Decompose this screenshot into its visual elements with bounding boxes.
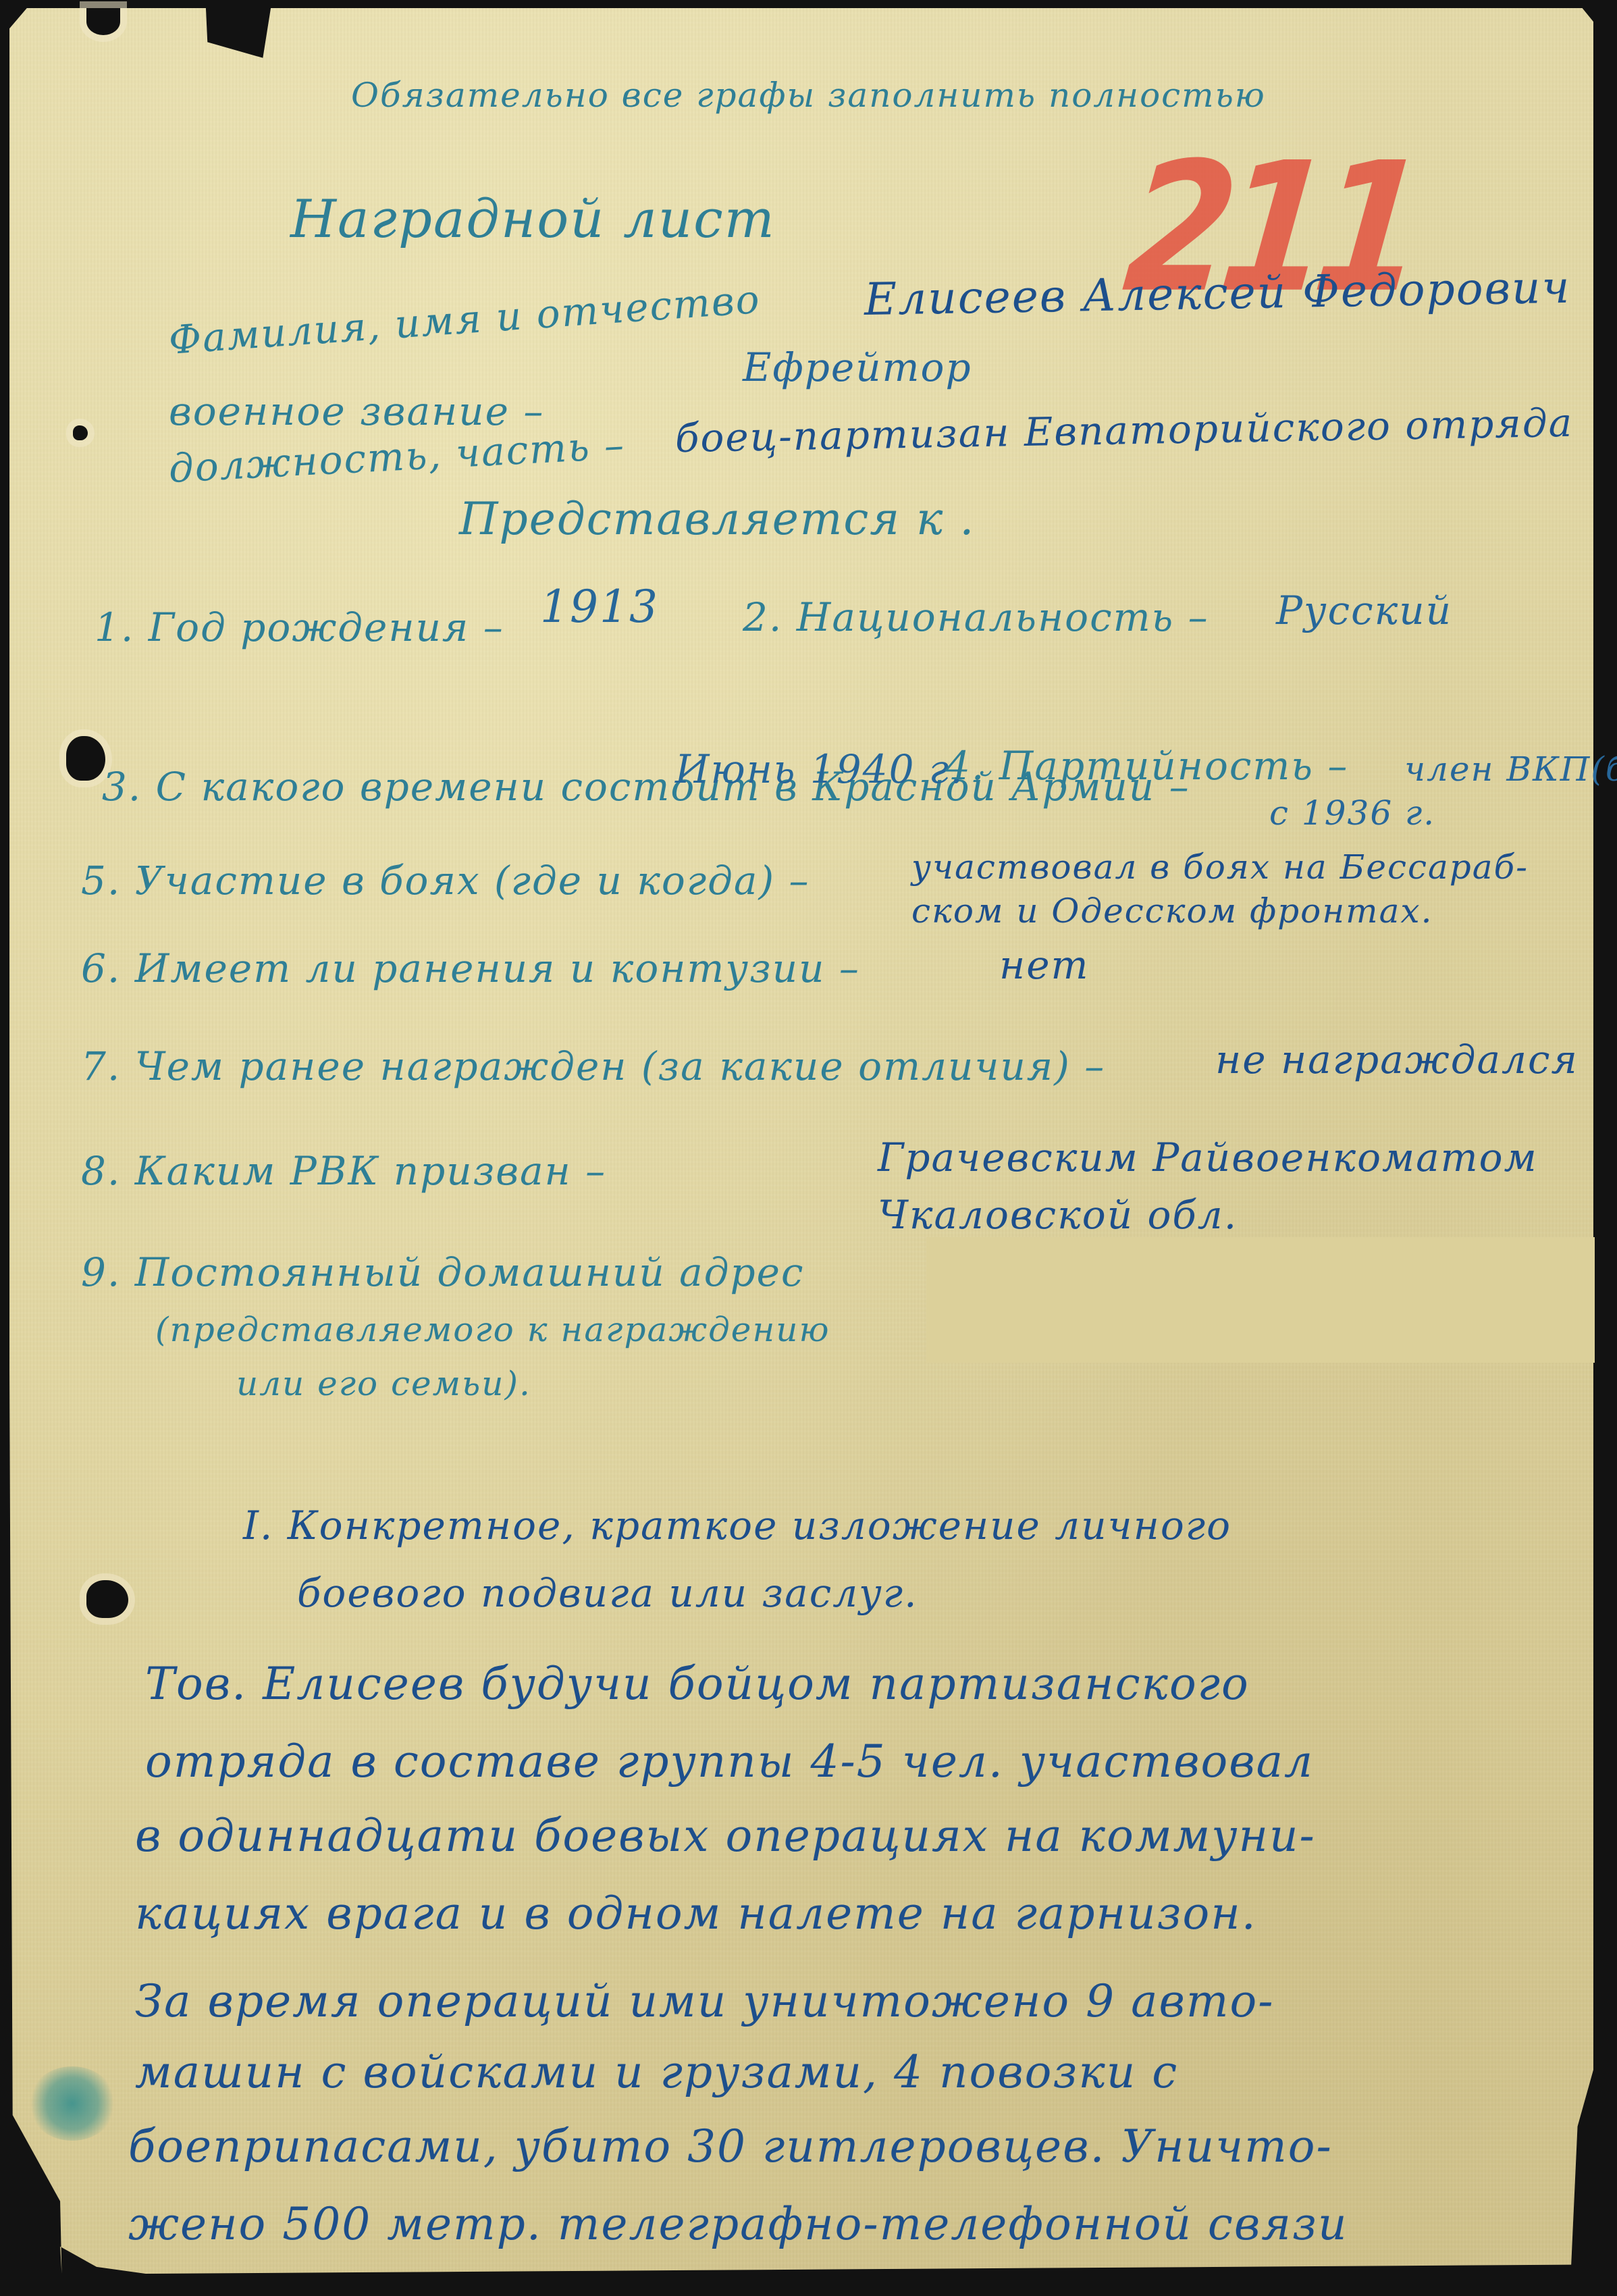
field-9-label: 9. Постоянный домашний адрес: [81, 1249, 804, 1295]
nominated-for-label: Представляется к .: [459, 493, 975, 545]
narrative-line-3: в одиннадцати боевых операциях на коммун…: [135, 1810, 1316, 1862]
rank-label: военное звание –: [169, 388, 544, 434]
punch-hole-3: [86, 1580, 128, 1618]
field-5-value-line2[interactable]: ском и Одесском фронтах.: [911, 891, 1433, 931]
field-7-label: 7. Чем ранее награжден (за какие отличия…: [81, 1043, 1105, 1089]
field-1-value[interactable]: 1913: [540, 581, 659, 633]
field-4-value-line2[interactable]: с 1936 г.: [1269, 793, 1435, 833]
narrative-line-8: жено 500 метр. телеграфно-телефонной свя…: [128, 2198, 1348, 2250]
narrative-line-2: отряда в составе группы 4-5 чел. участво…: [145, 1736, 1314, 1788]
narrative-line-7: боеприпасами, убито 30 гитлеровцев. Унич…: [128, 2120, 1333, 2172]
field-7-value[interactable]: не награждался: [1215, 1037, 1579, 1082]
field-6-label: 6. Имеет ли ранения и контузии –: [81, 945, 860, 991]
field-5-value[interactable]: участвовал в боях на Бессараб-: [911, 847, 1529, 887]
punch-hole-1: [73, 425, 88, 440]
rank-value[interactable]: Ефрейтор: [743, 344, 972, 390]
field-4-value[interactable]: член ВКП(б): [1404, 750, 1617, 789]
narrative-line-6: машин с войсками и грузами, 4 повозки с: [135, 2046, 1178, 2098]
narrative-line-4: кациях врага и в одном налете на гарнизо…: [135, 1887, 1257, 1939]
field-9-label-line2: (представляемого к награждению: [155, 1310, 830, 1349]
field-1-label: 1. Год рождения –: [95, 604, 504, 650]
section-heading-line1: I. Конкретное, краткое изложение личного: [243, 1503, 1231, 1548]
field-4-label: 4. Партийность –: [945, 743, 1348, 789]
field-6-value[interactable]: нет: [999, 942, 1090, 988]
narrative-line-1: Тов. Елисеев будучи бойцом партизанского: [145, 1658, 1250, 1710]
field-5-label: 5. Участие в боях (где и когда) –: [81, 858, 810, 904]
instruction-note: Обязательно все графы заполнить полность…: [351, 76, 1266, 115]
field-8-value[interactable]: Грачевским Райвоенкоматом: [878, 1134, 1538, 1180]
field-2-value[interactable]: Русский: [1276, 588, 1452, 633]
field-9-label-line3: или его семьи).: [236, 1364, 531, 1403]
field-3-value[interactable]: Июнь 1940 г.: [675, 746, 964, 792]
narrative-line-5: За время операций ими уничтожено 9 авто-: [135, 1975, 1275, 2027]
field-8-label: 8. Каким РВК призван –: [81, 1148, 606, 1194]
redacted-address-box: [926, 1237, 1595, 1363]
field-8-value-line2[interactable]: Чкаловской обл.: [878, 1192, 1238, 1238]
field-2-label: 2. Национальность –: [743, 594, 1209, 640]
punch-hole-top: [86, 8, 120, 35]
document-title: Наградной лист: [290, 189, 776, 250]
ink-stain: [28, 2066, 116, 2141]
section-heading-line2: боевого подвига или заслуг.: [297, 1570, 918, 1616]
